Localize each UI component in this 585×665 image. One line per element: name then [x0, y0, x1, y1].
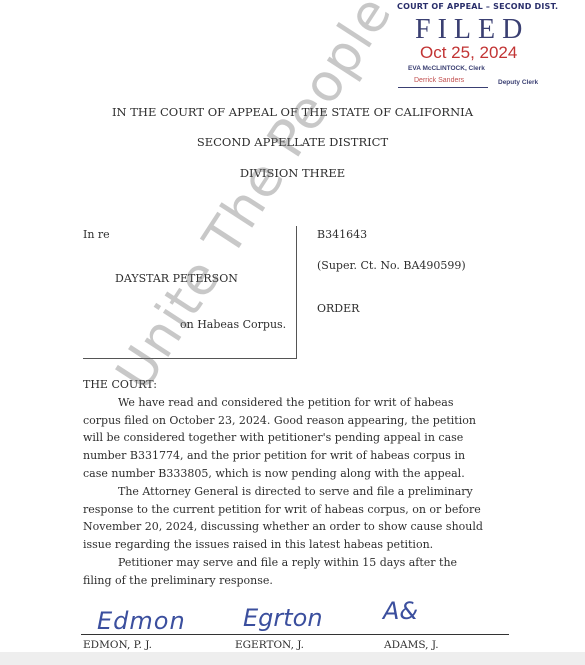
paragraph-3-line: Petitioner may serve and file a reply wi…: [83, 554, 503, 572]
bottom-edge-band: [0, 652, 585, 665]
judge-name: EGERTON, J.: [235, 639, 304, 651]
party-name: DAYSTAR PETERSON: [115, 272, 238, 286]
paragraph-2-line: issue regarding the issues raised in thi…: [83, 536, 503, 554]
in-re-label: In re: [83, 228, 110, 242]
paragraph-1-line: case number B333805, which is now pendin…: [83, 465, 503, 483]
salutation: THE COURT:: [83, 376, 503, 394]
signature-edmon: Edmon: [97, 608, 186, 634]
court-order-document: COURT OF APPEAL – SECOND DIST. FILED Oct…: [0, 0, 585, 665]
stamp-deputy-label: Deputy Clerk: [498, 79, 538, 86]
stamp-deputy-name: Derrick Sanders: [414, 77, 464, 84]
filed-stamp: COURT OF APPEAL – SECOND DIST. FILED Oct…: [360, 0, 585, 92]
paragraph-1-line: number B331774, and the prior petition f…: [83, 447, 503, 465]
district-heading: SECOND APPELLATE DISTRICT: [0, 135, 585, 149]
paragraph-1-line: We have read and considered the petition…: [83, 394, 503, 412]
superior-court-number: (Super. Ct. No. BA490599): [317, 259, 466, 273]
stamp-court-name: COURT OF APPEAL – SECOND DIST.: [397, 2, 558, 11]
court-heading: IN THE COURT OF APPEAL OF THE STATE OF C…: [0, 105, 585, 119]
paragraph-2-line: response to the current petition for wri…: [83, 501, 503, 519]
stamp-signature-line: [398, 87, 488, 88]
stamp-filed-date: Oct 25, 2024: [420, 44, 517, 62]
signature-line: [81, 634, 509, 635]
paragraph-1-line: will be considered together with petitio…: [83, 429, 503, 447]
signature-adams: A&: [383, 598, 418, 624]
matter-type: on Habeas Corpus.: [180, 318, 286, 332]
division-heading: DIVISION THREE: [0, 166, 585, 180]
case-number: B341643: [317, 228, 367, 242]
judge-name: EDMON, P. J.: [83, 639, 152, 651]
caption-divider-horizontal: [83, 358, 297, 359]
stamp-filed-label: FILED: [415, 16, 529, 44]
document-type: ORDER: [317, 302, 359, 316]
caption-divider-vertical: [296, 226, 297, 358]
paragraph-1-line: corpus filed on October 23, 2024. Good r…: [83, 412, 503, 430]
judge-name: ADAMS, J.: [384, 639, 439, 651]
signature-egerton: Egrton: [243, 605, 323, 631]
order-body: THE COURT: We have read and considered t…: [83, 376, 503, 590]
stamp-clerk: EVA McCLINTOCK, Clerk: [408, 65, 485, 72]
paragraph-3-line: filing of the preliminary response.: [83, 572, 503, 590]
paragraph-2-line: The Attorney General is directed to serv…: [83, 483, 503, 501]
paragraph-2-line: November 20, 2024, discussing whether an…: [83, 518, 503, 536]
